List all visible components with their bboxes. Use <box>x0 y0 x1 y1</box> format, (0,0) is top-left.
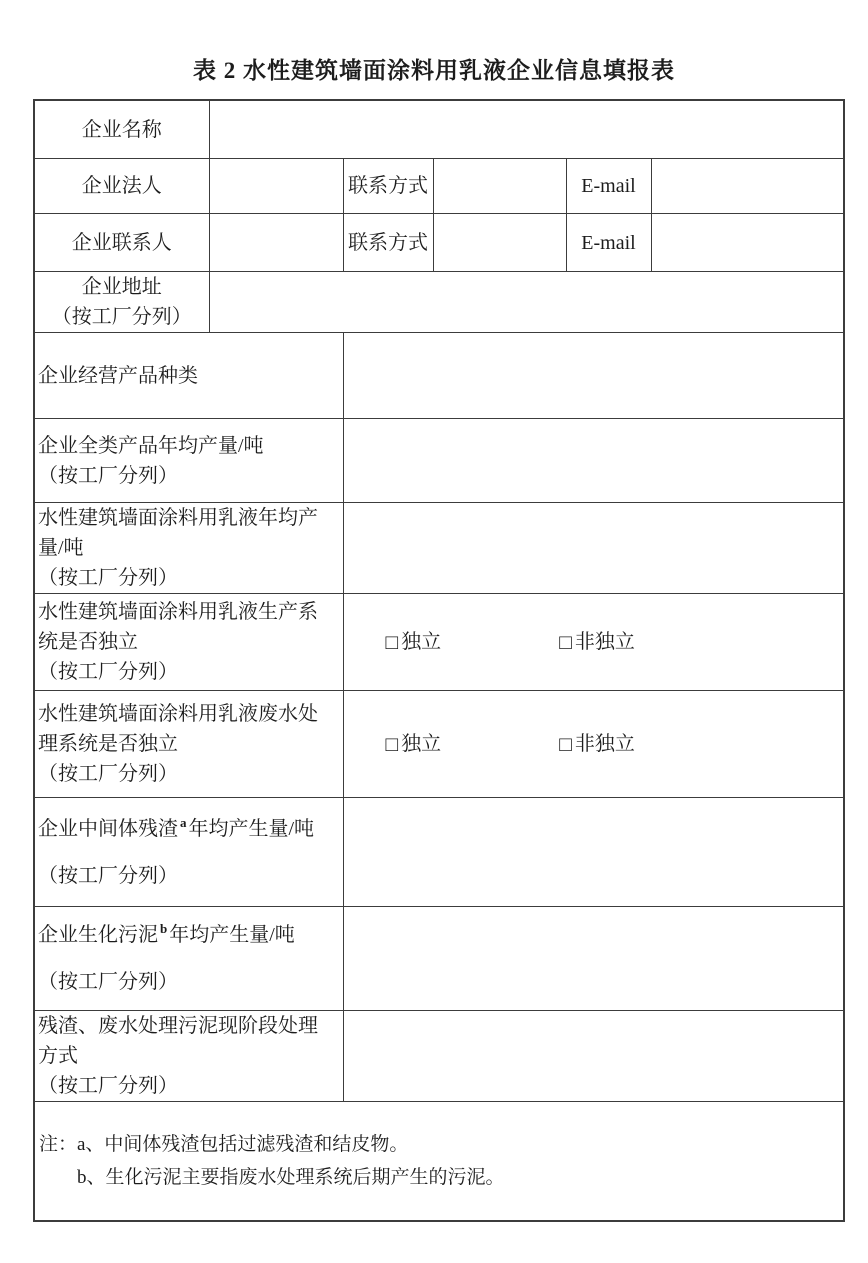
row-annual-output-emulsion: 水性建筑墙面涂料用乳液年均产 量/吨 （按工厂分列） <box>34 503 844 594</box>
production-system-options: □独立 □非独立 <box>343 594 844 691</box>
annual-output-emulsion-input[interactable] <box>343 503 844 594</box>
contact-email-input[interactable] <box>651 214 844 272</box>
residue-output-label: 企业中间体残渣a年均产生量/吨 （按工厂分列） <box>34 798 343 907</box>
product-types-label: 企业经营产品种类 <box>34 333 343 419</box>
wastewater-independent-label: 独立 <box>401 729 441 759</box>
row-sludge-output: 企业生化污泥b年均产生量/吨 （按工厂分列） <box>34 907 844 1011</box>
row-residue-output: 企业中间体残渣a年均产生量/吨 （按工厂分列） <box>34 798 844 907</box>
sludge-output-prefix: 企业生化污泥 <box>38 924 158 946</box>
table-title: 表 2 水性建筑墙面涂料用乳液企业信息填报表 <box>0 52 868 85</box>
treatment-method-input[interactable] <box>343 1011 844 1102</box>
wastewater-system-options: □独立 □非独立 <box>343 691 844 798</box>
production-independent-label: 独立 <box>401 627 441 657</box>
checkbox-icon[interactable]: □ <box>559 734 572 754</box>
contact-email-label: E-mail <box>566 214 651 272</box>
residue-output-line1: 企业中间体残渣a年均产生量/吨 <box>38 814 340 844</box>
sludge-output-label: 企业生化污泥b年均产生量/吨 （按工厂分列） <box>34 907 343 1011</box>
address-input[interactable] <box>209 272 844 333</box>
sludge-output-input[interactable] <box>343 907 844 1011</box>
wastewater-not-independent-label: 非独立 <box>575 729 635 759</box>
annual-output-emulsion-label: 水性建筑墙面涂料用乳液年均产 量/吨 （按工厂分列） <box>34 503 343 594</box>
residue-output-subline: （按工厂分列） <box>38 861 340 891</box>
production-system-label: 水性建筑墙面涂料用乳液生产系 统是否独立 （按工厂分列） <box>34 594 343 691</box>
row-footnotes: 注：a、中间体残渣包括过滤残渣和结皮物。 b、生化污泥主要指废水处理系统后期产生… <box>34 1102 844 1222</box>
row-annual-output-all: 企业全类产品年均产量/吨 （按工厂分列） <box>34 419 844 503</box>
sludge-output-subline: （按工厂分列） <box>38 967 340 997</box>
footnotes: 注：a、中间体残渣包括过滤残渣和结皮物。 b、生化污泥主要指废水处理系统后期产生… <box>34 1102 844 1222</box>
annual-output-all-label: 企业全类产品年均产量/吨 （按工厂分列） <box>34 419 343 503</box>
product-types-input[interactable] <box>343 333 844 419</box>
contact-method-input[interactable] <box>433 214 566 272</box>
sludge-output-line1: 企业生化污泥b年均产生量/吨 <box>38 920 340 950</box>
row-legal-person: 企业法人 联系方式 E-mail <box>34 159 844 214</box>
checkbox-icon[interactable]: □ <box>386 734 399 754</box>
row-address: 企业地址 （按工厂分列） <box>34 272 844 333</box>
checkbox-icon[interactable]: □ <box>559 632 572 652</box>
enterprise-info-table: 企业名称 企业法人 联系方式 E-mail 企业联系人 联系方式 E-mail … <box>33 99 845 1222</box>
sludge-output-suffix: 年均产生量/吨 <box>169 924 295 946</box>
production-not-independent-option[interactable]: □非独立 <box>559 627 635 657</box>
contact-person-label: 企业联系人 <box>34 214 209 272</box>
legal-contact-input[interactable] <box>433 159 566 214</box>
footnote-ref-b: b <box>158 921 169 936</box>
legal-email-input[interactable] <box>651 159 844 214</box>
row-contact-person: 企业联系人 联系方式 E-mail <box>34 214 844 272</box>
company-name-input[interactable] <box>209 100 844 159</box>
company-name-label: 企业名称 <box>34 100 209 159</box>
address-label: 企业地址 （按工厂分列） <box>34 272 209 333</box>
wastewater-not-independent-option[interactable]: □非独立 <box>559 729 635 759</box>
row-production-system: 水性建筑墙面涂料用乳液生产系 统是否独立 （按工厂分列） □独立 □非独立 <box>34 594 844 691</box>
legal-contact-label: 联系方式 <box>343 159 433 214</box>
row-treatment-method: 残渣、废水处理污泥现阶段处理 方式 （按工厂分列） <box>34 1011 844 1102</box>
contact-person-input[interactable] <box>209 214 343 272</box>
legal-email-label: E-mail <box>566 159 651 214</box>
annual-output-all-input[interactable] <box>343 419 844 503</box>
treatment-method-label: 残渣、废水处理污泥现阶段处理 方式 （按工厂分列） <box>34 1011 343 1102</box>
checkbox-icon[interactable]: □ <box>386 632 399 652</box>
production-independent-option[interactable]: □独立 <box>386 627 442 657</box>
legal-person-input[interactable] <box>209 159 343 214</box>
wastewater-system-label: 水性建筑墙面涂料用乳液废水处 理系统是否独立 （按工厂分列） <box>34 691 343 798</box>
row-product-types: 企业经营产品种类 <box>34 333 844 419</box>
row-wastewater-system: 水性建筑墙面涂料用乳液废水处 理系统是否独立 （按工厂分列） □独立 □非独立 <box>34 691 844 798</box>
legal-person-label: 企业法人 <box>34 159 209 214</box>
residue-output-suffix: 年均产生量/吨 <box>189 818 315 840</box>
document-page: 表 2 水性建筑墙面涂料用乳液企业信息填报表 企业名称 企业法人 联系方式 E-… <box>0 0 868 1263</box>
contact-method-label: 联系方式 <box>343 214 433 272</box>
residue-output-prefix: 企业中间体残渣 <box>38 818 178 840</box>
production-not-independent-label: 非独立 <box>575 627 635 657</box>
footnote-ref-a: a <box>178 815 189 830</box>
wastewater-independent-option[interactable]: □独立 <box>386 729 442 759</box>
row-company-name: 企业名称 <box>34 100 844 159</box>
residue-output-input[interactable] <box>343 798 844 907</box>
